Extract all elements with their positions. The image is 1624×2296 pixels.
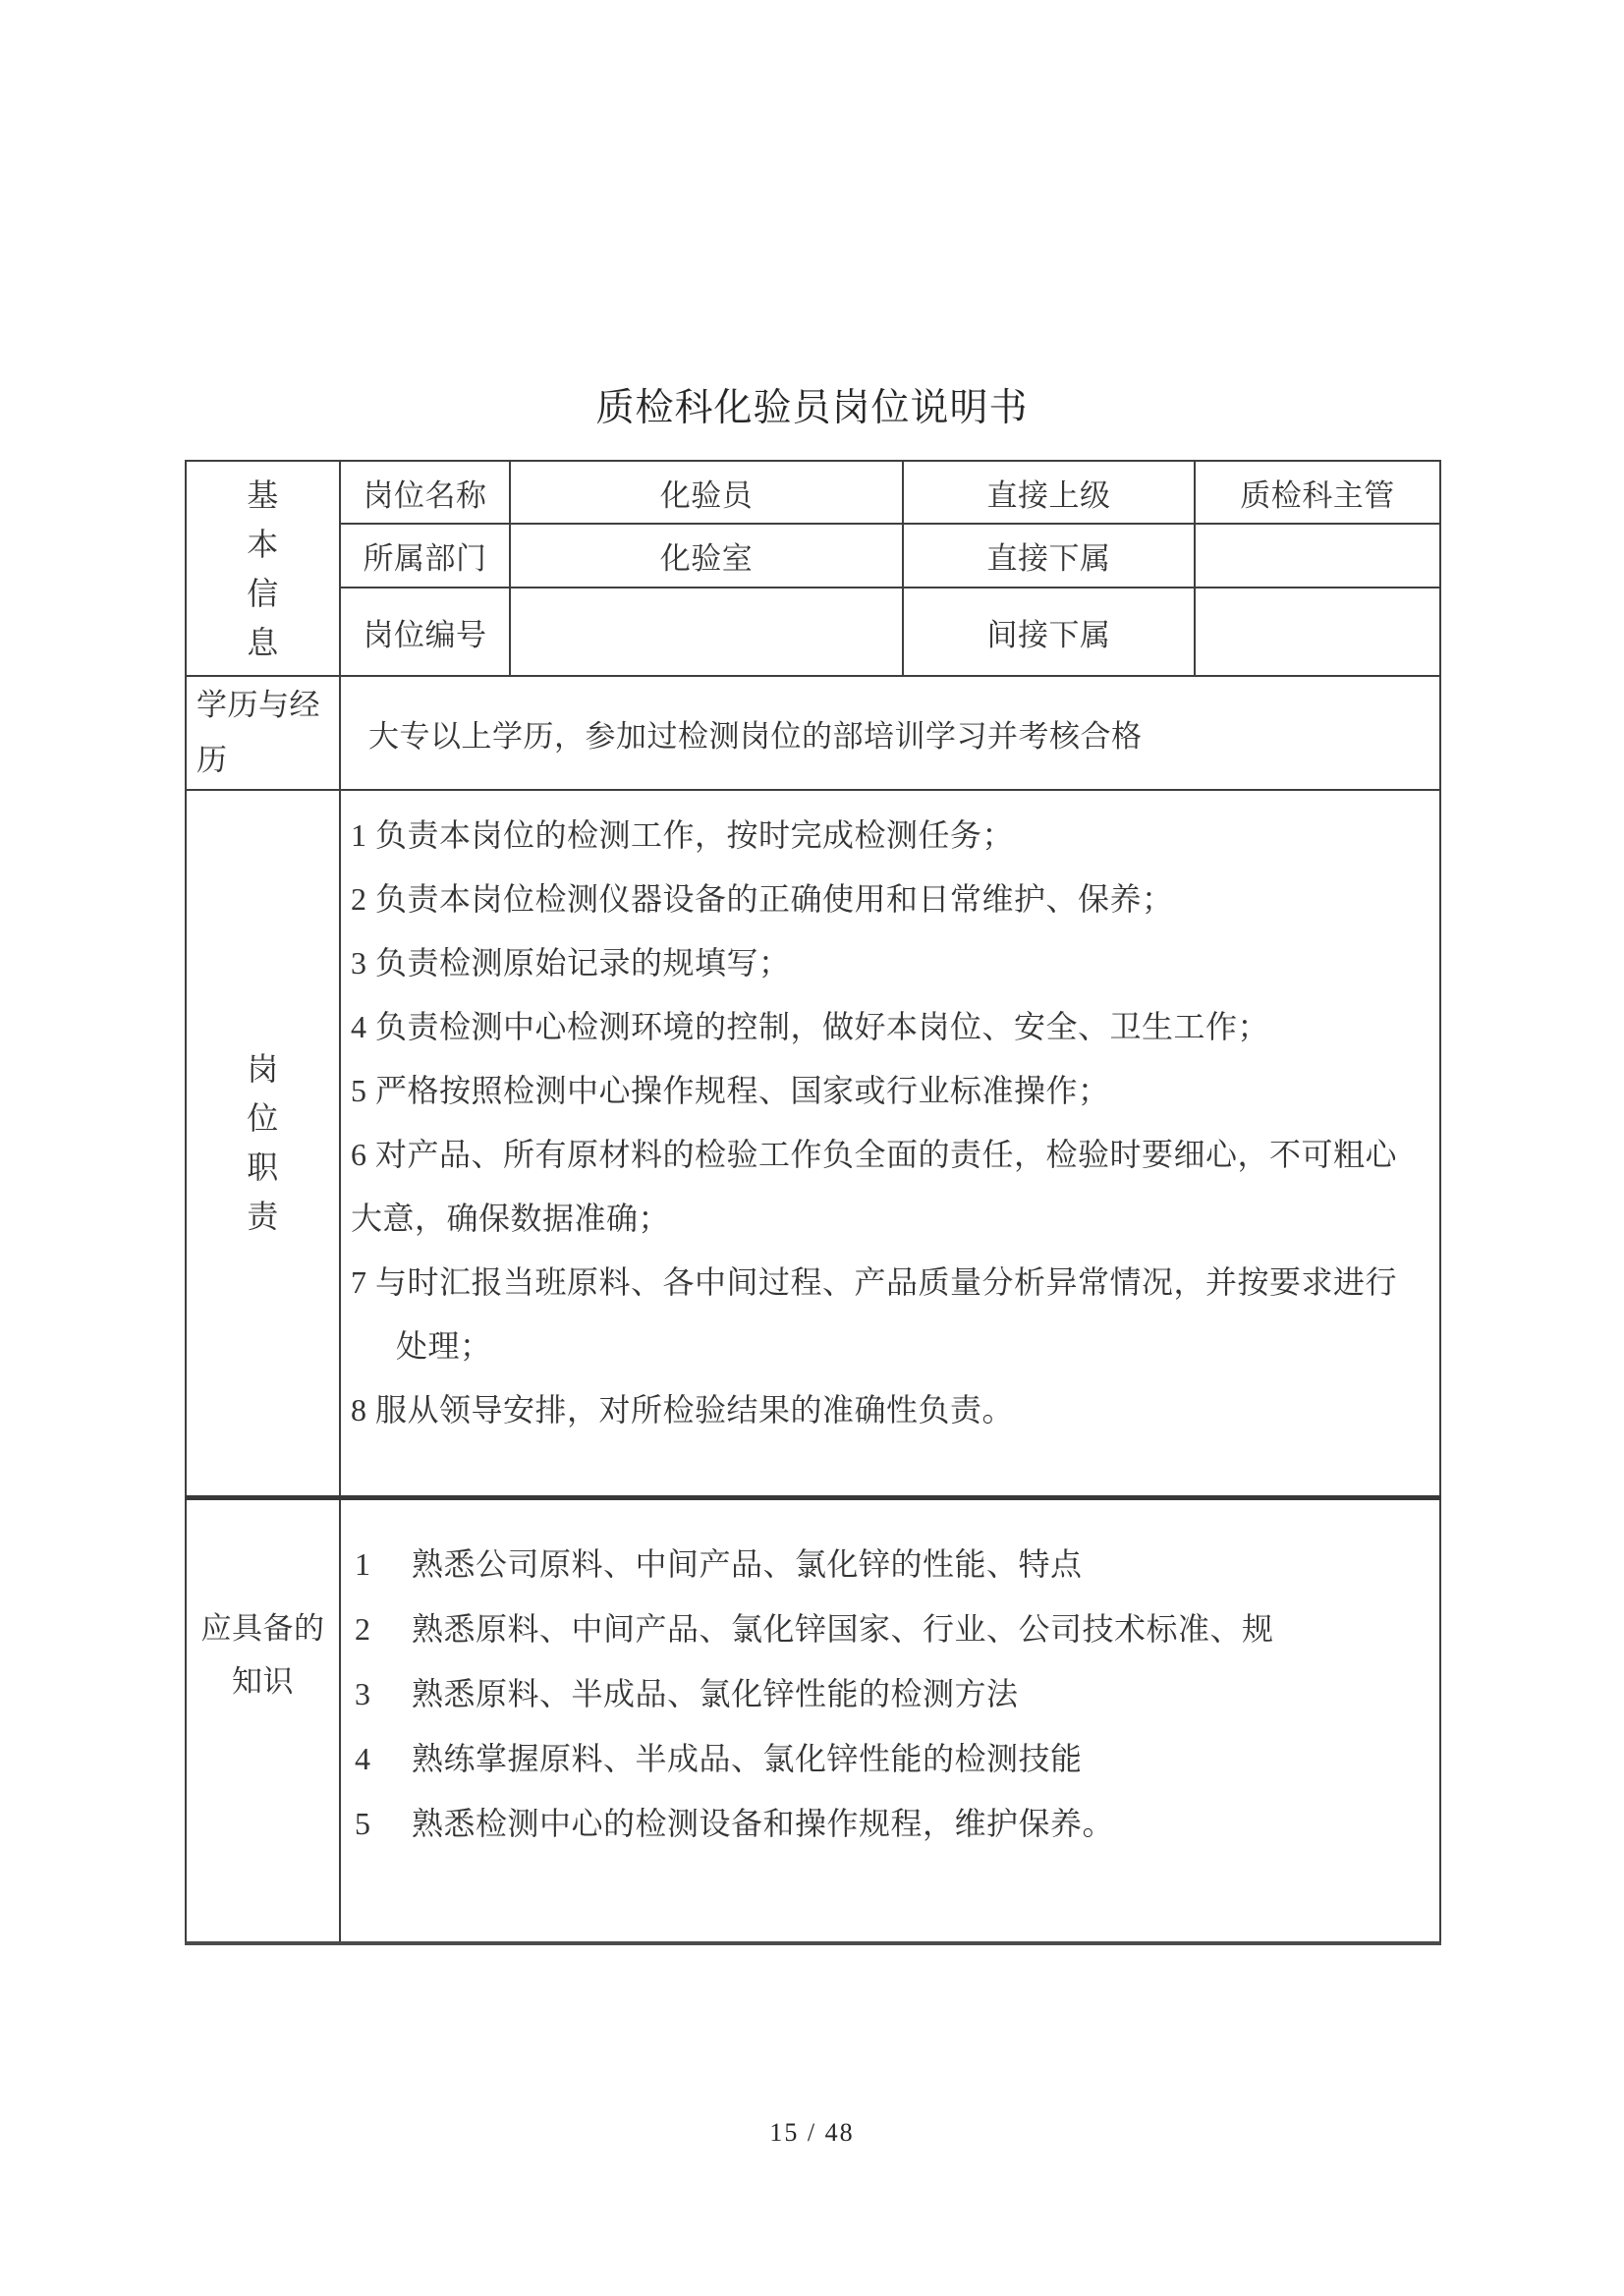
field-direct-superior: 直接上级 [903, 461, 1195, 524]
page-title: 质检科化验员岗位说明书 [0, 377, 1624, 432]
value-direct-subordinates [1195, 524, 1440, 588]
knowledge-item-number: 5 [341, 1791, 412, 1856]
knowledge-item: 5 熟悉检测中心的检测设备和操作规程，维护保养。 [341, 1791, 1438, 1856]
field-position-name: 岗位名称 [340, 461, 510, 524]
basic-info-row: 所属部门 化验室 直接下属 [186, 524, 1440, 588]
education-text: 大专以上学历，参加过检测岗位的部培训学习并考核合格 [340, 676, 1440, 790]
value-position-name: 化验员 [510, 461, 903, 524]
job-description-table: 基本信息 岗位名称 化验员 直接上级 质检科主管 所属部门 化验室 直接下属 岗… [185, 460, 1441, 1945]
responsibility-line: 6 对产品、所有原材料的检验工作负全面的责任，检验时要细心，不可粗心 [351, 1123, 1428, 1187]
knowledge-section-label: 应具备的知识 [186, 1497, 340, 1943]
field-indirect-subordinates: 间接下属 [903, 588, 1195, 676]
knowledge-item-text: 熟练掌握原料、半成品、氯化锌性能的检测技能 [412, 1726, 1083, 1791]
field-department: 所属部门 [340, 524, 510, 588]
page-number: 15 / 48 [0, 2118, 1624, 2148]
knowledge-item: 3 熟悉原料、半成品、氯化锌性能的检测方法 [341, 1661, 1438, 1726]
responsibility-line: 4 负责检测中心检测环境的控制，做好本岗位、安全、卫生工作； [351, 995, 1428, 1059]
responsibility-line: 大意，确保数据准确； [351, 1187, 1428, 1251]
value-indirect-subordinates [1195, 588, 1440, 676]
responsibilities-section-label-text: 岗位职责 [245, 1044, 282, 1241]
knowledge-list: 1 熟悉公司原料、中间产品、氯化锌的性能、特点 2 熟悉原料、中间产品、氯化锌国… [340, 1497, 1440, 1943]
responsibilities-list: 1 负责本岗位的检测工作，按时完成检测任务； 2 负责本岗位检测仪器设备的正确使… [340, 790, 1440, 1497]
knowledge-row: 应具备的知识 1 熟悉公司原料、中间产品、氯化锌的性能、特点 2 熟悉原料、中间… [186, 1497, 1440, 1943]
basic-info-row: 基本信息 岗位名称 化验员 直接上级 质检科主管 [186, 461, 1440, 524]
knowledge-item-text: 熟悉原料、中间产品、氯化锌国家、行业、公司技术标准、规 [412, 1596, 1274, 1661]
document-page: 质检科化验员岗位说明书 基本信息 岗位名称 化验员 直接上级 质检科主管 所属部… [0, 0, 1624, 2296]
education-section-label: 学历与经历 [186, 676, 340, 790]
responsibility-line: 7 与时汇报当班原料、各中间过程、产品质量分析异常情况，并按要求进行 [351, 1251, 1428, 1315]
responsibilities-row: 岗位职责 1 负责本岗位的检测工作，按时完成检测任务； 2 负责本岗位检测仪器设… [186, 790, 1440, 1497]
field-position-number: 岗位编号 [340, 588, 510, 676]
responsibility-line: 5 严格按照检测中心操作规程、国家或行业标准操作； [351, 1059, 1428, 1123]
responsibility-line: 处理； [351, 1315, 1428, 1378]
knowledge-item-number: 3 [341, 1661, 412, 1726]
knowledge-item-text: 熟悉公司原料、中间产品、氯化锌的性能、特点 [412, 1532, 1083, 1596]
knowledge-item: 2 熟悉原料、中间产品、氯化锌国家、行业、公司技术标准、规 [341, 1596, 1438, 1661]
value-department: 化验室 [510, 524, 903, 588]
responsibility-line: 8 服从领导安排，对所检验结果的准确性负责。 [351, 1378, 1428, 1442]
knowledge-item: 4 熟练掌握原料、半成品、氯化锌性能的检测技能 [341, 1726, 1438, 1791]
basic-info-section-label: 基本信息 [186, 461, 340, 676]
knowledge-item: 1 熟悉公司原料、中间产品、氯化锌的性能、特点 [341, 1532, 1438, 1596]
field-direct-subordinates: 直接下属 [903, 524, 1195, 588]
knowledge-item-text: 熟悉原料、半成品、氯化锌性能的检测方法 [412, 1661, 1019, 1726]
education-row: 学历与经历 大专以上学历，参加过检测岗位的部培训学习并考核合格 [186, 676, 1440, 790]
knowledge-item-number: 4 [341, 1726, 412, 1791]
responsibility-line: 2 负责本岗位检测仪器设备的正确使用和日常维护、保养； [351, 868, 1428, 931]
basic-info-section-label-text: 基本信息 [245, 471, 282, 667]
knowledge-item-number: 2 [341, 1596, 412, 1661]
responsibilities-section-label: 岗位职责 [186, 790, 340, 1497]
responsibility-line: 1 负责本岗位的检测工作，按时完成检测任务； [351, 804, 1428, 868]
basic-info-row: 岗位编号 间接下属 [186, 588, 1440, 676]
knowledge-item-text: 熟悉检测中心的检测设备和操作规程，维护保养。 [412, 1791, 1114, 1856]
responsibility-line: 3 负责检测原始记录的规填写； [351, 931, 1428, 995]
value-position-number [510, 588, 903, 676]
value-direct-superior: 质检科主管 [1195, 461, 1440, 524]
knowledge-item-number: 1 [341, 1532, 412, 1596]
